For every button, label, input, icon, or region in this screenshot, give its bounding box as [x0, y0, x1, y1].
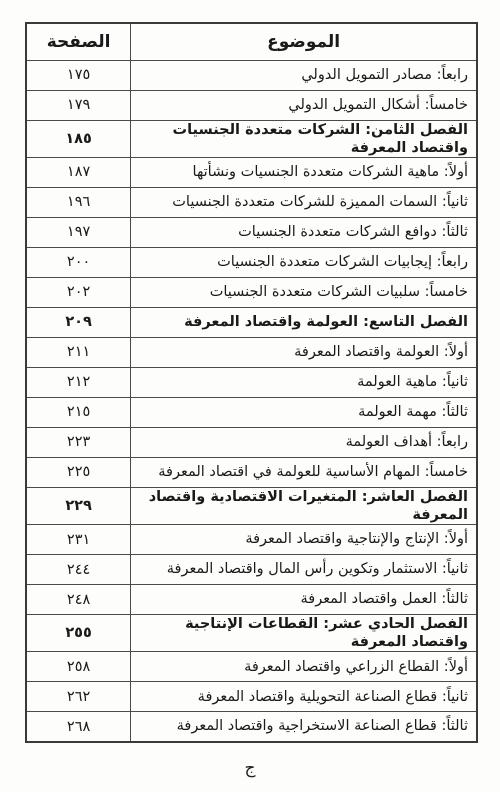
page-cell: ١٨٥ [26, 120, 131, 157]
topic-cell: خامساً: المهام الأساسية للعولمة في اقتصا… [131, 457, 477, 487]
topic-cell: ثالثاً: دوافع الشركات متعددة الجنسيات [131, 217, 477, 247]
page-cell: ٢٣١ [26, 525, 131, 555]
page-column-header: الصفحة [26, 23, 131, 60]
topic-cell: ثالثاً: قطاع الصناعة الاستخراجية واقتصاد… [131, 712, 477, 742]
toc-table: الموضوع الصفحة رابعاً: مصادر التمويل الد… [25, 22, 478, 743]
topic-cell: أولاً: ماهية الشركات متعددة الجنسيات ونش… [131, 157, 477, 187]
table-row: رابعاً: أهداف العولمة ٢٢٣ [26, 427, 477, 457]
topic-cell: ثانياً: الاستثمار وتكوين رأس المال واقتص… [131, 555, 477, 585]
table-row: الفصل الحادي عشر: القطاعات الإنتاجية واق… [26, 615, 477, 652]
topic-cell: الفصل الثامن: الشركات متعددة الجنسيات وا… [131, 120, 477, 157]
page-cell: ٢١١ [26, 337, 131, 367]
page-cell: ٢٠٩ [26, 307, 131, 337]
page-cell: ١٧٥ [26, 60, 131, 90]
toc-table-body: رابعاً: مصادر التمويل الدولي ١٧٥ خامساً:… [26, 60, 477, 742]
page-cell: ٢١٥ [26, 397, 131, 427]
page-footer-letter: ج [0, 758, 500, 778]
topic-cell: ثانياً: قطاع الصناعة التحويلية واقتصاد ا… [131, 682, 477, 712]
table-row: خامساً: أشكال التمويل الدولي ١٧٩ [26, 90, 477, 120]
scanned-page: الموضوع الصفحة رابعاً: مصادر التمويل الد… [0, 0, 500, 792]
topic-cell: أولاً: الإنتاج والإنتاجية واقتصاد المعرف… [131, 525, 477, 555]
table-row: رابعاً: مصادر التمويل الدولي ١٧٥ [26, 60, 477, 90]
topic-cell: خامساً: أشكال التمويل الدولي [131, 90, 477, 120]
table-row: أولاً: ماهية الشركات متعددة الجنسيات ونش… [26, 157, 477, 187]
topic-cell: الفصل الحادي عشر: القطاعات الإنتاجية واق… [131, 615, 477, 652]
table-row: ثالثاً: قطاع الصناعة الاستخراجية واقتصاد… [26, 712, 477, 742]
page-cell: ٢٢٣ [26, 427, 131, 457]
table-row: ثانياً: الاستثمار وتكوين رأس المال واقتص… [26, 555, 477, 585]
table-row: ثانياً: السمات المميزة للشركات متعددة ال… [26, 187, 477, 217]
topic-cell: خامساً: سلبيات الشركات متعددة الجنسيات [131, 277, 477, 307]
topic-cell: الفصل التاسع: العولمة واقتصاد المعرفة [131, 307, 477, 337]
table-row: رابعاً: إيجابيات الشركات متعددة الجنسيات… [26, 247, 477, 277]
topic-cell: رابعاً: مصادر التمويل الدولي [131, 60, 477, 90]
topic-cell: ثانياً: السمات المميزة للشركات متعددة ال… [131, 187, 477, 217]
topic-cell: أولاً: القطاع الزراعي واقتصاد المعرفة [131, 652, 477, 682]
table-row: خامساً: سلبيات الشركات متعددة الجنسيات ٢… [26, 277, 477, 307]
table-row: خامساً: المهام الأساسية للعولمة في اقتصا… [26, 457, 477, 487]
topic-cell: رابعاً: إيجابيات الشركات متعددة الجنسيات [131, 247, 477, 277]
topic-cell: ثانياً: ماهية العولمة [131, 367, 477, 397]
page-cell: ٢٤٤ [26, 555, 131, 585]
table-row: ثانياً: قطاع الصناعة التحويلية واقتصاد ا… [26, 682, 477, 712]
toc-table-header: الموضوع الصفحة [26, 23, 477, 60]
topic-cell: ثالثاً: مهمة العولمة [131, 397, 477, 427]
page-cell: ٢٥٨ [26, 652, 131, 682]
topic-column-header: الموضوع [131, 23, 477, 60]
page-cell: ٢١٢ [26, 367, 131, 397]
table-row: ثانياً: ماهية العولمة ٢١٢ [26, 367, 477, 397]
page-cell: ٢٢٩ [26, 487, 131, 524]
page-cell: ١٩٧ [26, 217, 131, 247]
page-cell: ٢٥٥ [26, 615, 131, 652]
topic-cell: الفصل العاشر: المتغيرات الاقتصادية واقتص… [131, 487, 477, 524]
page-cell: ٢٠٠ [26, 247, 131, 277]
table-row: الفصل التاسع: العولمة واقتصاد المعرفة ٢٠… [26, 307, 477, 337]
table-row: الفصل العاشر: المتغيرات الاقتصادية واقتص… [26, 487, 477, 524]
page-cell: ٢٦٢ [26, 682, 131, 712]
topic-cell: أولاً: العولمة واقتصاد المعرفة [131, 337, 477, 367]
table-row: أولاً: العولمة واقتصاد المعرفة ٢١١ [26, 337, 477, 367]
page-cell: ١٧٩ [26, 90, 131, 120]
topic-cell: ثالثاً: العمل واقتصاد المعرفة [131, 585, 477, 615]
table-row: ثالثاً: دوافع الشركات متعددة الجنسيات ١٩… [26, 217, 477, 247]
table-row: ثالثاً: العمل واقتصاد المعرفة ٢٤٨ [26, 585, 477, 615]
table-row: ثالثاً: مهمة العولمة ٢١٥ [26, 397, 477, 427]
page-cell: ٢٦٨ [26, 712, 131, 742]
table-row: الفصل الثامن: الشركات متعددة الجنسيات وا… [26, 120, 477, 157]
page-cell: ١٩٦ [26, 187, 131, 217]
page-cell: ٢٠٢ [26, 277, 131, 307]
table-row: أولاً: الإنتاج والإنتاجية واقتصاد المعرف… [26, 525, 477, 555]
page-cell: ٢٤٨ [26, 585, 131, 615]
topic-cell: رابعاً: أهداف العولمة [131, 427, 477, 457]
page-cell: ١٨٧ [26, 157, 131, 187]
table-row: أولاً: القطاع الزراعي واقتصاد المعرفة ٢٥… [26, 652, 477, 682]
header-row: الموضوع الصفحة [26, 23, 477, 60]
page-cell: ٢٢٥ [26, 457, 131, 487]
